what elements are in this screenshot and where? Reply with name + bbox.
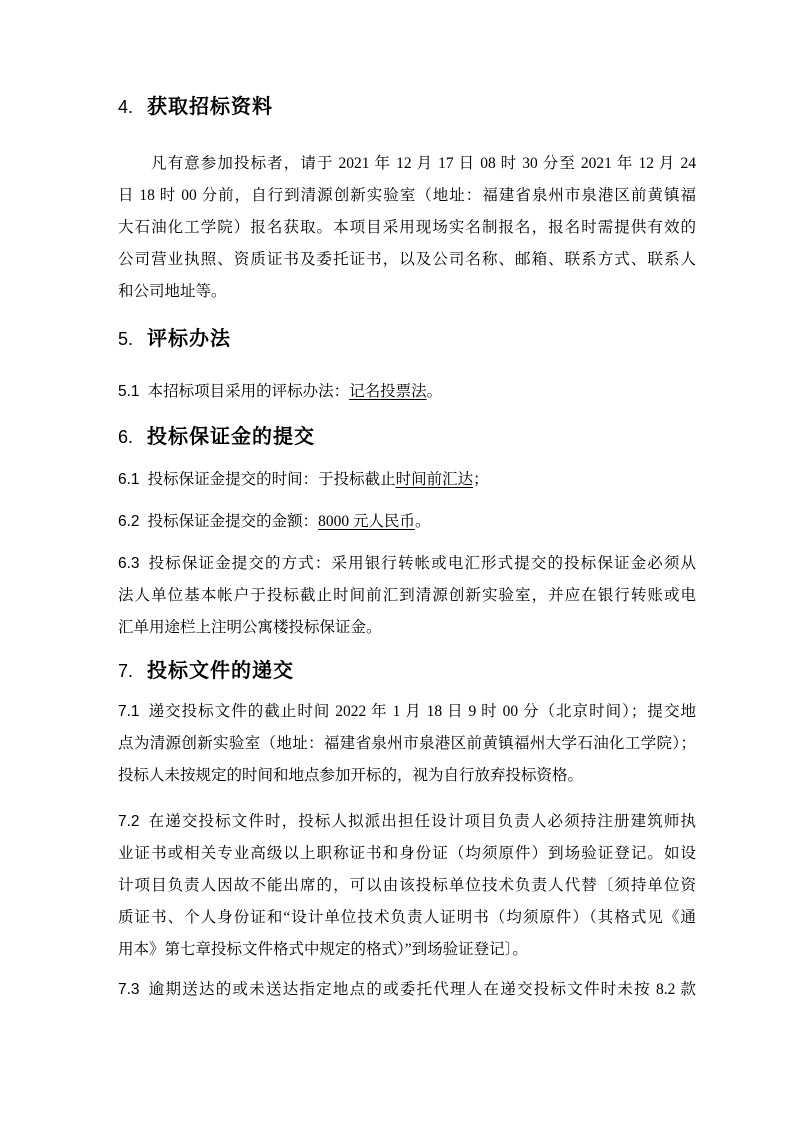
clause-5-1-underlined-value: 记名投票法 xyxy=(349,383,427,400)
clause-line: 计项目负责人因故不能出席的，可以由该投标单位技术负责人代替〔须持单位资 xyxy=(118,870,696,902)
clause-6-3-number: 6.3 xyxy=(118,555,140,572)
clause-line: 业证书或相关专业高级以上职称证书和身份证（均须原件）到场验证登记。如设 xyxy=(118,838,696,870)
section-4-number: 4. xyxy=(118,97,133,117)
clause-line: 点为清源创新实验室（地址：福建省泉州市泉港区前黄镇福州大学石油化工学院）； xyxy=(118,728,696,760)
clause-6-3-text: 投标保证金提交的方式：采用银行转帐或电汇形式提交的投标保证金必须从 xyxy=(148,555,696,572)
clause-7-1-number: 7.1 xyxy=(118,703,140,720)
clause-5-1-punctuation: 。 xyxy=(427,383,443,400)
clause-7-1-text: 递交投标文件的截止时间 2022 年 1 月 18 日 9 时 00 分（北京时… xyxy=(148,703,696,720)
section-6-number: 6. xyxy=(118,427,133,447)
clause-6-2-text: 投标保证金提交的金额： xyxy=(148,513,319,530)
clause-line: 质证书、个人身份证和“设计单位技术负责人证明书（均须原件）（其格式见《通 xyxy=(118,902,696,934)
paragraph-line: 大石油化工学院）报名获取。本项目采用现场实名制报名，报名时需提供有效的 xyxy=(118,212,696,244)
clause-7-1: 7.1递交投标文件的截止时间 2022 年 1 月 18 日 9 时 00 分（… xyxy=(118,696,696,792)
paragraph-line: 公司营业执照、资质证书及委托证书，以及公司名称、邮箱、联系方式、联系人 xyxy=(118,244,696,276)
clause-5-1-number: 5.1 xyxy=(118,383,140,400)
paragraph-line: 和公司地址等。 xyxy=(118,276,696,308)
clause-6-1-punctuation: ； xyxy=(473,471,489,488)
clause-6-1: 6.1投标保证金提交的时间：于投标截止时间前汇达； xyxy=(118,464,696,496)
paragraph-line: 日 18 时 00 分前，自行到清源创新实验室（地址：福建省泉州市泉港区前黄镇福 xyxy=(118,180,696,212)
clause-6-2-number: 6.2 xyxy=(118,513,140,530)
section-4-heading: 4.获取招标资料 xyxy=(118,92,696,122)
clause-6-1-text: 投标保证金提交的时间：于投标截止 xyxy=(148,471,396,488)
section-6-title: 投标保证金的提交 xyxy=(147,426,315,448)
clause-line: 汇单用途栏上注明公寓楼投标保证金。 xyxy=(118,612,696,644)
clause-7-2-text: 在递交投标文件时，投标人拟派出担任设计项目负责人必须持注册建筑师执 xyxy=(148,813,696,830)
clause-6-3: 6.3投标保证金提交的方式：采用银行转帐或电汇形式提交的投标保证金必须从 法人单… xyxy=(118,548,696,644)
clause-6-1-number: 6.1 xyxy=(118,471,140,488)
clause-7-2-number: 7.2 xyxy=(118,813,140,830)
document-page: 4.获取招标资料 凡有意参加投标者，请于 2021 年 12 月 17 日 08… xyxy=(0,0,793,1122)
clause-7-3: 7.3逾期送达的或未送达指定地点的或委托代理人在递交投标文件时未按 8.2 款 xyxy=(118,974,696,1006)
section-7-title: 投标文件的递交 xyxy=(147,660,294,682)
clause-line: 6.1投标保证金提交的时间：于投标截止时间前汇达； xyxy=(118,464,696,496)
clause-7-2: 7.2在递交投标文件时，投标人拟派出担任设计项目负责人必须持注册建筑师执 业证书… xyxy=(118,806,696,966)
clause-6-1-underlined-value: 时间前汇达 xyxy=(396,471,474,488)
clause-line: 法人单位基本帐户于投标截止时间前汇到清源创新实验室，并应在银行转账或电 xyxy=(118,580,696,612)
clause-line: 投标人未按规定的时间和地点参加开标的，视为自行放弃投标资格。 xyxy=(118,760,696,792)
clause-5-1-text: 本招标项目采用的评标办法： xyxy=(148,383,350,400)
section-5-heading: 5.评标办法 xyxy=(118,324,696,354)
section-7-number: 7. xyxy=(118,661,133,681)
section-7-heading: 7.投标文件的递交 xyxy=(118,656,696,686)
section-5-title: 评标办法 xyxy=(147,328,231,350)
section-4-title: 获取招标资料 xyxy=(147,96,273,118)
clause-7-3-number: 7.3 xyxy=(118,981,140,998)
clause-line: 7.3逾期送达的或未送达指定地点的或委托代理人在递交投标文件时未按 8.2 款 xyxy=(118,974,696,1006)
clause-line: 用本》第七章投标文件格式中规定的格式）”到场验证登记〕。 xyxy=(118,934,696,966)
clause-5-1: 5.1本招标项目采用的评标办法：记名投票法。 xyxy=(118,376,696,408)
section-6-heading: 6.投标保证金的提交 xyxy=(118,422,696,452)
paragraph-line: 凡有意参加投标者，请于 2021 年 12 月 17 日 08 时 30 分至 … xyxy=(118,148,696,180)
section-5-number: 5. xyxy=(118,329,133,349)
clause-line: 6.2投标保证金提交的金额：8000 元人民币。 xyxy=(118,506,696,538)
clause-7-3-text: 逾期送达的或未送达指定地点的或委托代理人在递交投标文件时未按 8.2 款 xyxy=(148,981,696,998)
clause-line: 5.1本招标项目采用的评标办法：记名投票法。 xyxy=(118,376,696,408)
clause-6-2: 6.2投标保证金提交的金额：8000 元人民币。 xyxy=(118,506,696,538)
section-4-paragraph: 凡有意参加投标者，请于 2021 年 12 月 17 日 08 时 30 分至 … xyxy=(118,148,696,308)
clause-line: 7.1递交投标文件的截止时间 2022 年 1 月 18 日 9 时 00 分（… xyxy=(118,696,696,728)
clause-line: 7.2在递交投标文件时，投标人拟派出担任设计项目负责人必须持注册建筑师执 xyxy=(118,806,696,838)
clause-line: 6.3投标保证金提交的方式：采用银行转帐或电汇形式提交的投标保证金必须从 xyxy=(118,548,696,580)
clause-6-2-underlined-value: 8000 元人民币 xyxy=(318,513,415,530)
clause-6-2-punctuation: 。 xyxy=(415,513,431,530)
